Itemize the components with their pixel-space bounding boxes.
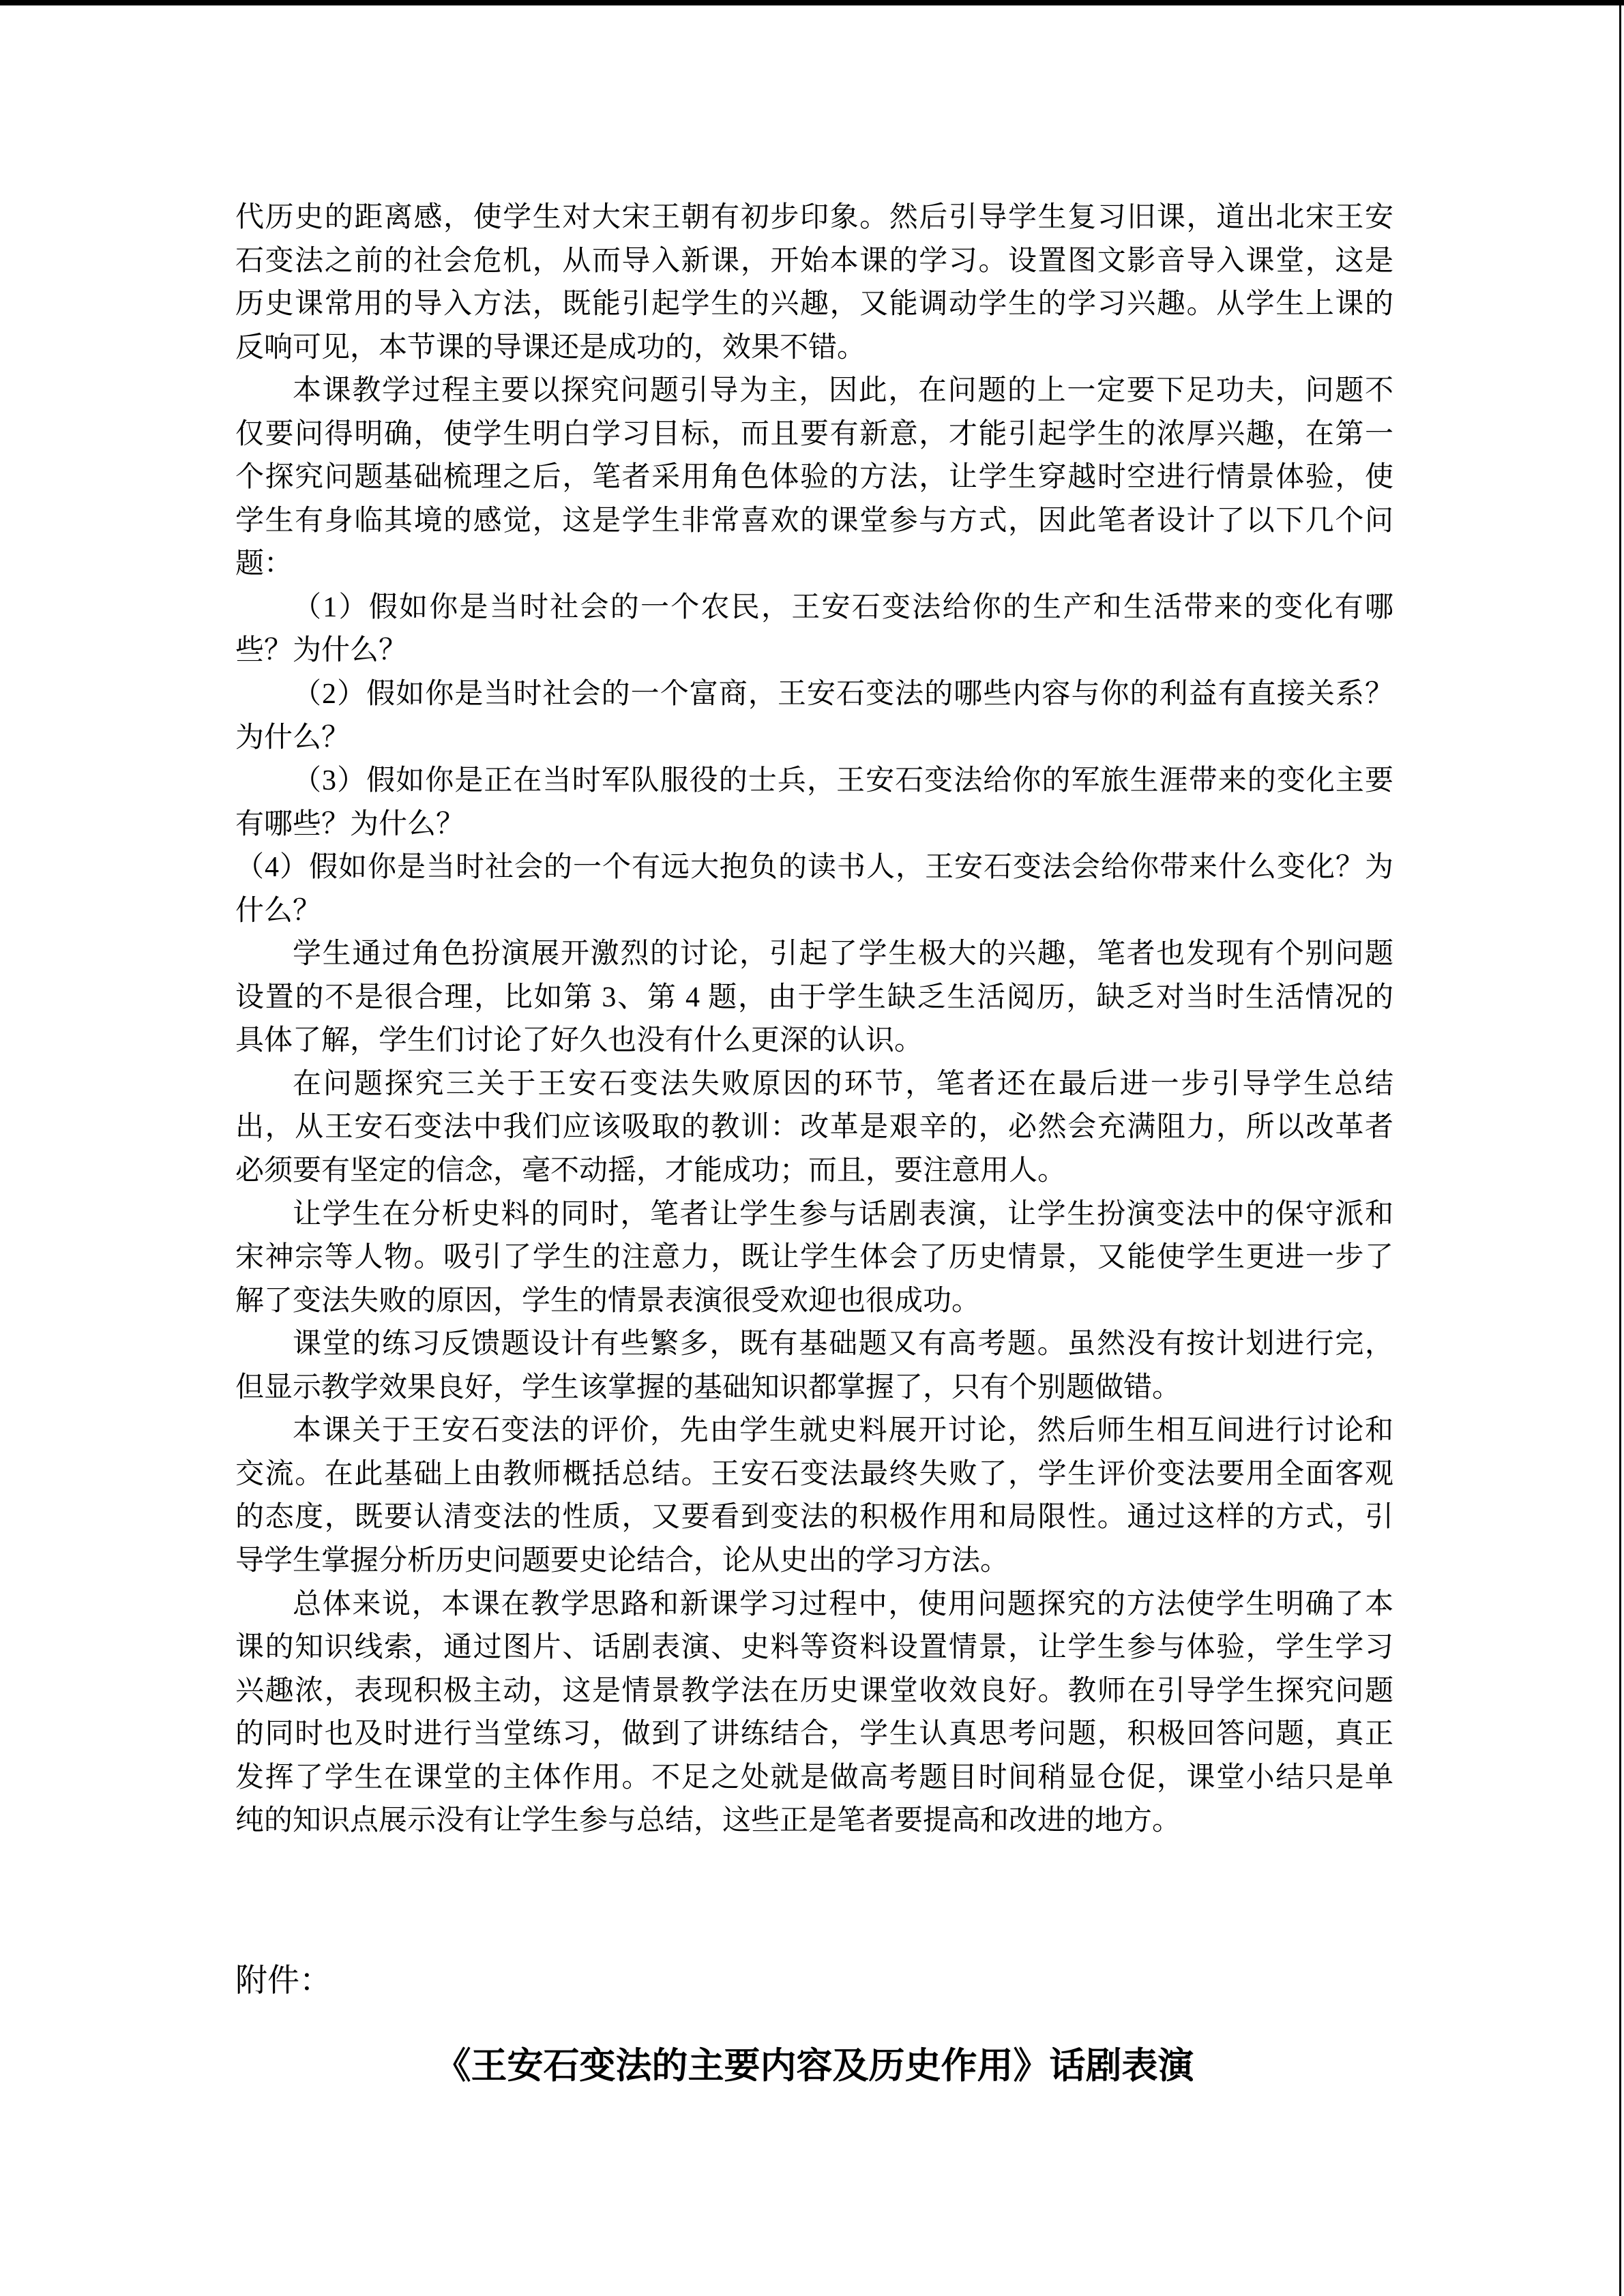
body-line: 有哪些？为什么？ — [235, 803, 1393, 847]
body-line: 题： — [235, 543, 1393, 586]
body-line: 必须要有坚定的信念，毫不动摇，才能成功；而且，要注意用人。 — [235, 1150, 1393, 1193]
body-line: 课的知识线索，通过图片、话剧表演、史料等资料设置情景，让学生参与体验，学生学习 — [235, 1626, 1393, 1670]
body-line: 仅要问得明确，使学生明白学习目标，而且要有新意，才能引起学生的浓厚兴趣，在第一 — [235, 413, 1393, 457]
body-line: 为什么？ — [235, 717, 1393, 760]
body-line: 设置的不是很合理，比如第 3、第 4 题，由于学生缺乏生活阅历，缺乏对当时生活情… — [235, 976, 1393, 1020]
top-scan-edge-line — [0, 0, 1624, 5]
body-line: 发挥了学生在课堂的主体作用。不足之处就是做高考题目时间稍显仓促，课堂小结只是单 — [235, 1757, 1393, 1800]
right-scan-edge-line — [1619, 0, 1621, 2296]
body-line: 个探究问题基础梳理之后，笔者采用角色体验的方法，让学生穿越时空进行情景体验，使 — [235, 456, 1393, 500]
body-line: 在问题探究三关于王安石变法失败原因的环节，笔者还在最后进一步引导学生总结 — [235, 1063, 1393, 1107]
body-line: 什么？ — [235, 890, 1393, 934]
body-line: 纯的知识点展示没有让学生参与总结，这些正是笔者要提高和改进的地方。 — [235, 1800, 1393, 1843]
body-line: 宋神宗等人物。吸引了学生的注意力，既让学生体会了历史情景，又能使学生更进一步了 — [235, 1236, 1393, 1280]
body-line: 石变法之前的社会危机，从而导入新课，开始本课的学习。设置图文影音导入课堂，这是 — [235, 240, 1393, 284]
document-page: 代历史的距离感，使学生对大宋王朝有初步印象。然后引导学生复习旧课，道出北宋王安石… — [0, 0, 1624, 2296]
body-line: 学生通过角色扮演展开激烈的讨论，引起了学生极大的兴趣，笔者也发现有个别问题 — [235, 933, 1393, 976]
body-line: 总体来说，本课在教学思路和新课学习过程中，使用问题探究的方法使学生明确了本 — [235, 1583, 1393, 1627]
body-line: 但显示教学效果良好，学生该掌握的基础知识都掌握了，只有个别题做错。 — [235, 1367, 1393, 1410]
document-body: 代历史的距离感，使学生对大宋王朝有初步印象。然后引导学生复习旧课，道出北宋王安石… — [235, 196, 1393, 1843]
body-line: 本课教学过程主要以探究问题引导为主，因此，在问题的上一定要下足功夫，问题不 — [235, 370, 1393, 413]
body-line: 出，从王安石变法中我们应该吸取的教训：改革是艰辛的，必然会充满阻力，所以改革者 — [235, 1106, 1393, 1150]
body-line: （2）假如你是当时社会的一个富商，王安石变法的哪些内容与你的利益有直接关系？ — [235, 673, 1393, 717]
body-line: 些？为什么？ — [235, 629, 1393, 673]
body-line: 的态度，既要认清变法的性质，又要看到变法的积极作用和局限性。通过这样的方式，引 — [235, 1496, 1393, 1540]
body-line: 的同时也及时进行当堂练习，做到了讲练结合，学生认真思考问题，积极回答问题，真正 — [235, 1713, 1393, 1757]
body-line: （3）假如你是正在当时军队服役的士兵，王安石变法给你的军旅生涯带来的变化主要 — [235, 760, 1393, 803]
body-line: 本课关于王安石变法的评价，先由学生就史料展开讨论，然后师生相互间进行讨论和 — [235, 1410, 1393, 1453]
body-line: 具体了解，学生们讨论了好久也没有什么更深的认识。 — [235, 1019, 1393, 1063]
body-line: 兴趣浓，表现积极主动，这是情景教学法在历史课堂收效良好。教师在引导学生探究问题 — [235, 1670, 1393, 1714]
attachment-label: 附件： — [235, 1958, 331, 2003]
body-line: 课堂的练习反馈题设计有些繁多，既有基础题又有高考题。虽然没有按计划进行完， — [235, 1323, 1393, 1367]
attachment-title: 《王安石变法的主要内容及历史作用》话剧表演 — [235, 2042, 1393, 2091]
body-line: （4）假如你是当时社会的一个有远大抱负的读书人，王安石变法会给你带来什么变化？为 — [235, 846, 1393, 890]
body-line: 让学生在分析史料的同时，笔者让学生参与话剧表演，让学生扮演变法中的保守派和 — [235, 1193, 1393, 1237]
body-line: 学生有身临其境的感觉，这是学生非常喜欢的课堂参与方式，因此笔者设计了以下几个问 — [235, 500, 1393, 543]
body-line: 导学生掌握分析历史问题要史论结合，论从史出的学习方法。 — [235, 1540, 1393, 1583]
body-line: （1）假如你是当时社会的一个农民，王安石变法给你的生产和生活带来的变化有哪 — [235, 586, 1393, 630]
body-line: 解了变法失败的原因，学生的情景表演很受欢迎也很成功。 — [235, 1280, 1393, 1324]
body-line: 交流。在此基础上由教师概括总结。王安石变法最终失败了，学生评价变法要用全面客观 — [235, 1453, 1393, 1497]
body-line: 代历史的距离感，使学生对大宋王朝有初步印象。然后引导学生复习旧课，道出北宋王安 — [235, 196, 1393, 240]
body-line: 反响可见，本节课的导课还是成功的，效果不错。 — [235, 327, 1393, 370]
body-line: 历史课常用的导入方法，既能引起学生的兴趣，又能调动学生的学习兴趣。从学生上课的 — [235, 283, 1393, 327]
